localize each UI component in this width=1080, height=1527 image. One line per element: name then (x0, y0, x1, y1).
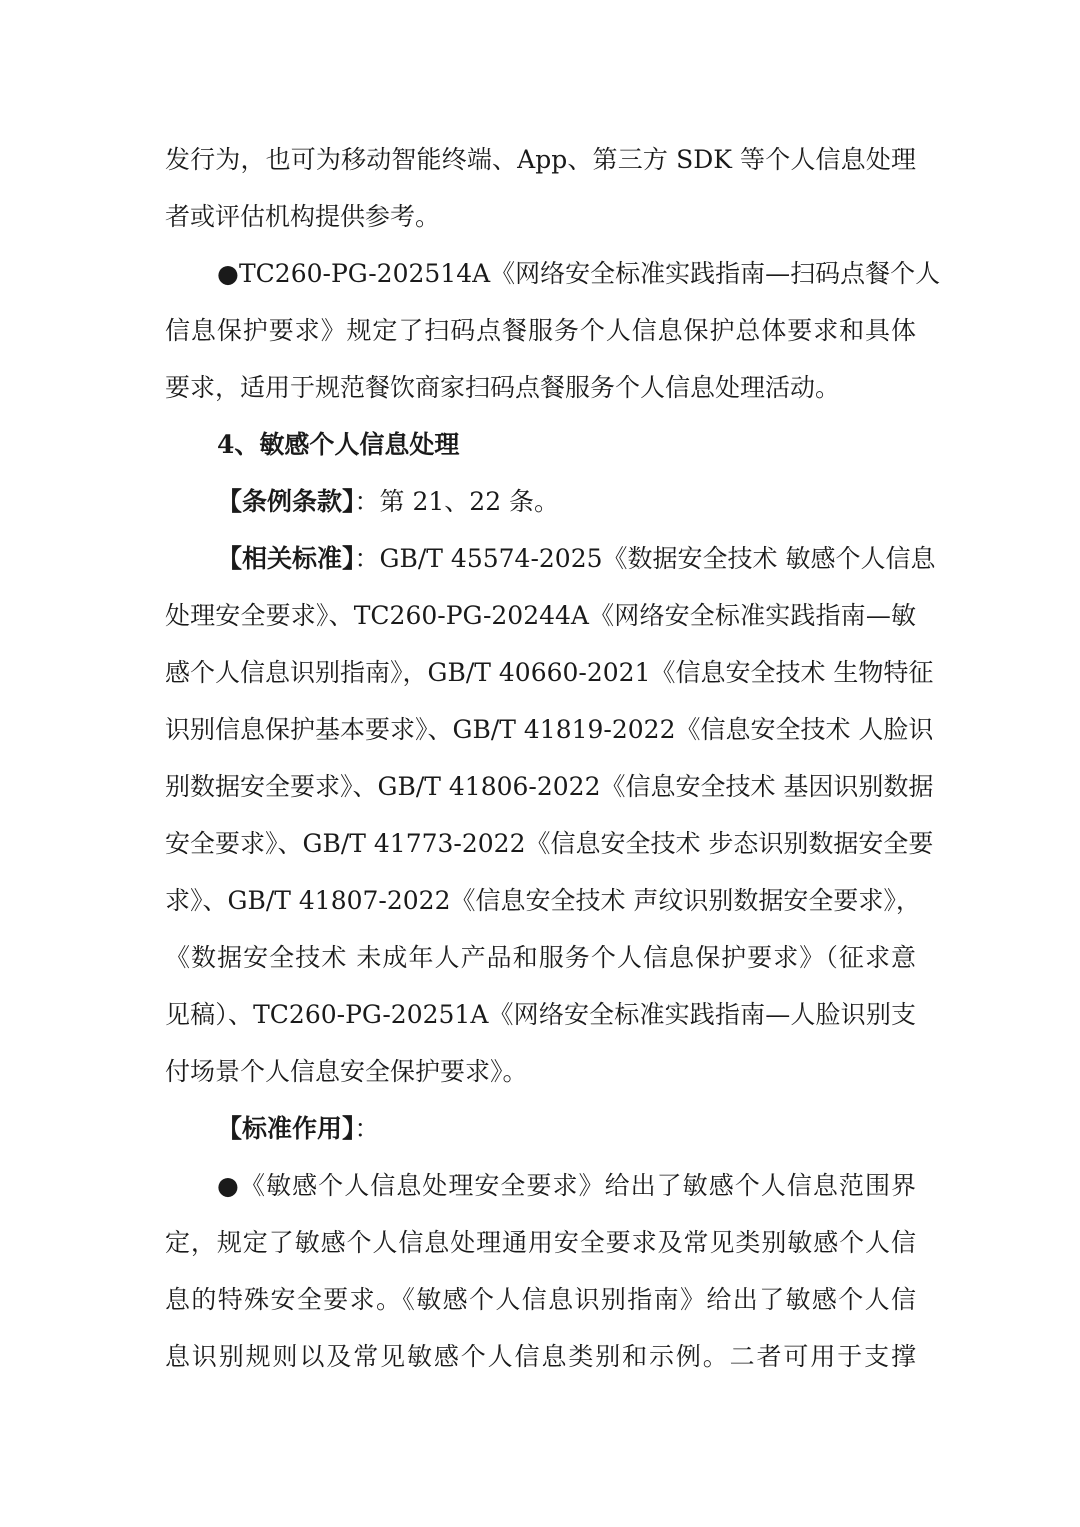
standards-colon: ： (355, 544, 380, 573)
standards-line: 【相关标准】：GB/T 45574-2025《数据安全技术 敏感个人信息 (165, 530, 916, 587)
paragraph-line: 信息保护要求》规定了扫码点餐服务个人信息保护总体要求和具体 (165, 302, 916, 359)
role-bullet-line: 定，规定了敏感个人信息处理通用安全要求及常见类别敏感个人信 (165, 1214, 916, 1271)
role-bullet-line: 息的特殊安全要求。《敏感个人信息识别指南》给出了敏感个人信 (165, 1271, 916, 1328)
standards-line: 付场景个人信息安全保护要求》。 (165, 1043, 916, 1100)
standards-line: 感个人信息识别指南》，GB/T 40660-2021《信息安全技术 生物特征 (165, 644, 916, 701)
role-bullet-line: 息识别规则以及常见敏感个人信息类别和示例。二者可用于支撑 (165, 1328, 916, 1385)
standards-text: GB/T 45574-2025《数据安全技术 敏感个人信息 (380, 544, 936, 573)
standards-line: 安全要求》、GB/T 41773-2022《信息安全技术 步态识别数据安全要 (165, 815, 916, 872)
clause-line: 【条例条款】：第 21、22 条。 (165, 473, 916, 530)
bullet-icon: ● (217, 245, 239, 302)
bullet-text: TC260-PG-202514A《网络安全标准实践指南—扫码点餐个人 (239, 259, 940, 288)
paragraph-line: 者或评估机构提供参考。 (165, 188, 916, 245)
standards-line: 识别信息保护基本要求》、GB/T 41819-2022《信息安全技术 人脸识 (165, 701, 916, 758)
role-bullet-line: ●《敏感个人信息处理安全要求》给出了敏感个人信息范围界 (165, 1157, 916, 1214)
section-heading: 4、敏感个人信息处理 (165, 416, 916, 473)
bullet-icon: ● (217, 1157, 239, 1214)
role-label: 【标准作用】 (217, 1114, 355, 1143)
standards-line: 求》、GB/T 41807-2022《信息安全技术 声纹识别数据安全要求》， (165, 872, 916, 929)
paragraph-line: 发行为，也可为移动智能终端、App、第三方 SDK 等个人信息处理 (165, 131, 916, 188)
clause-label: 【条例条款】 (217, 487, 355, 516)
role-bullet-text: 《敏感个人信息处理安全要求》给出了敏感个人信息范围界 (239, 1171, 916, 1200)
document-page: 发行为，也可为移动智能终端、App、第三方 SDK 等个人信息处理 者或评估机构… (165, 131, 916, 1385)
standards-line: 见稿）、TC260-PG-20251A《网络安全标准实践指南—人脸识别支 (165, 986, 916, 1043)
role-heading: 【标准作用】： (165, 1100, 916, 1157)
paragraph-line: 要求，适用于规范餐饮商家扫码点餐服务个人信息处理活动。 (165, 359, 916, 416)
standards-line: 别数据安全要求》、GB/T 41806-2022《信息安全技术 基因识别数据 (165, 758, 916, 815)
standards-label: 【相关标准】 (217, 544, 355, 573)
role-colon: ： (355, 1114, 380, 1143)
clause-text: 第 21、22 条。 (380, 487, 560, 516)
bullet-paragraph-line: ●TC260-PG-202514A《网络安全标准实践指南—扫码点餐个人 (165, 245, 916, 302)
clause-colon: ： (355, 487, 380, 516)
standards-line: 《数据安全技术 未成年人产品和服务个人信息保护要求》（征求意 (165, 929, 916, 986)
standards-line: 处理安全要求》、TC260-PG-20244A《网络安全标准实践指南—敏 (165, 587, 916, 644)
